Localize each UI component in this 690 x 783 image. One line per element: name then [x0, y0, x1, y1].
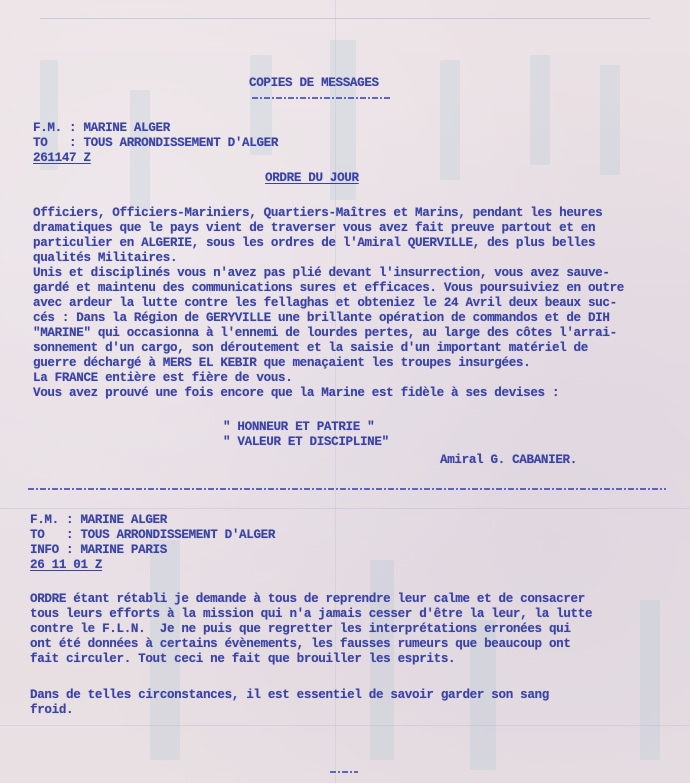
title-underline [252, 97, 390, 99]
body-line: sonnement d'un cargo, son déroutement et… [33, 341, 588, 356]
to-line: TO : TOUS ARRONDISSEMENT D'ALGER [33, 136, 278, 151]
bleed-through-mark [600, 65, 620, 175]
body-line: Officiers, Officiers-Mariniers, Quartier… [33, 206, 602, 221]
body-line: "MARINE" qui occasionna à l'ennemi de lo… [33, 326, 617, 341]
to-value: TOUS ARRONDISSEMENT D'ALGER [80, 528, 275, 542]
body-line: contre le F.L.N. Je ne puis que regrette… [30, 622, 571, 637]
body-line: Vous avez prouvé une fois encore que la … [33, 386, 559, 401]
date-time-group: 261147 Z [33, 151, 91, 166]
date-time-group: 26 11 01 Z [30, 558, 102, 573]
to-line: TO : TOUS ARRONDISSEMENT D'ALGER [30, 528, 275, 543]
section-divider [28, 488, 666, 490]
from-line: F.M. : MARINE ALGER [33, 121, 170, 136]
to-label: TO [33, 136, 47, 150]
bleed-through-mark [640, 600, 660, 760]
body-line: fait circuler. Tout ceci ne fait que bro… [30, 652, 455, 667]
closing-line: Dans de telles circonstances, il est ess… [30, 688, 549, 703]
info-value: MARINE PARIS [80, 543, 167, 557]
end-mark [330, 771, 358, 773]
body-line: Unis et disciplinés vous n'avez pas plié… [33, 266, 610, 281]
bleed-through-mark [440, 60, 460, 180]
info-line: INFO : MARINE PARIS [30, 543, 167, 558]
bleed-through-mark [530, 55, 550, 165]
fold-line [0, 508, 690, 509]
motto-line: " HONNEUR ET PATRIE " [223, 420, 374, 435]
body-line: particulier en ALGERIE, sous les ordres … [33, 236, 595, 251]
from-value: MARINE ALGER [80, 513, 167, 527]
body-line: dramatiques que le pays vient de travers… [33, 221, 595, 236]
body-line: cés : Dans la Région de GERYVILLE une br… [33, 311, 610, 326]
body-line: qualités Militaires. [33, 251, 177, 266]
from-line: F.M. : MARINE ALGER [30, 513, 167, 528]
from-label: F.M. [30, 513, 59, 527]
fold-line [0, 725, 690, 726]
body-line: La FRANCE entière est fière de vous. [33, 371, 292, 386]
motto-line: " VALEUR ET DISCIPLINE" [223, 435, 389, 450]
section-heading: ORDRE DU JOUR [265, 171, 359, 186]
body-line: tous leurs efforts à la mission qui n'a … [30, 607, 592, 622]
body-line: ont été données à certains évènements, l… [30, 637, 571, 652]
body-line: ORDRE étant rétabli je demande à tous de… [30, 592, 585, 607]
closing-line: froid. [30, 703, 73, 718]
body-line: avec ardeur la lutte contre les fellagha… [33, 296, 617, 311]
document-title: COPIES DE MESSAGES [249, 76, 379, 91]
to-label: TO [30, 528, 44, 542]
from-value: MARINE ALGER [83, 121, 170, 135]
body-line: guerre déchargé à MERS EL KEBIR que mena… [33, 356, 530, 371]
signature: Amiral G. CABANIER. [440, 453, 577, 468]
info-label: INFO [30, 543, 59, 557]
to-value: TOUS ARRONDISSEMENT D'ALGER [83, 136, 278, 150]
fold-line [40, 18, 650, 19]
body-line: gardé et maintenu des communications sur… [33, 281, 624, 296]
from-label: F.M. [33, 121, 62, 135]
